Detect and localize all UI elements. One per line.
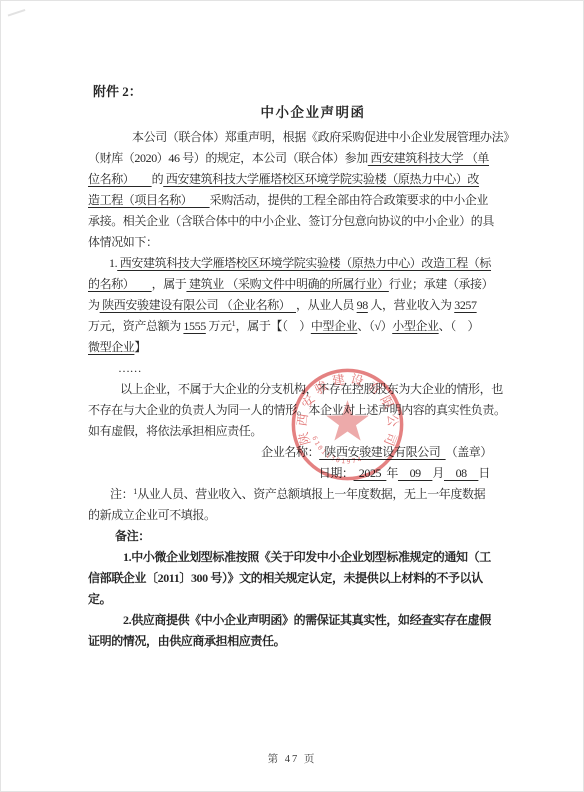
filled-in-value: 西安建筑科技大学雁塔校区环境学院实验楼（原热力中心）改造工程（标: [117, 256, 491, 270]
text-line: 证明的情况，由供应商承担相应责任。: [88, 631, 500, 652]
text-line: 的新成立企业可不填报。: [88, 505, 500, 526]
static-text: ……: [118, 361, 141, 375]
static-text: 2.供应商提供《中小企业声明函》的需保证其真实性，如经查实存在虚假: [123, 613, 491, 627]
text-line: 的名称） ，属于 建筑业 （采购文件中明确的所属行业）行业；承建（承接）: [88, 274, 500, 295]
filled-in-value: 造工程（项目名称）: [88, 193, 210, 207]
static-text: 从业人员、营业收入、资产总额填报上一年度数据，无上一年度数据: [137, 487, 485, 501]
static-text: ，属于【（ ）: [236, 319, 311, 333]
static-text: 月: [432, 466, 444, 480]
document-page: 附件 2： 中小企业声明函 本公司（联合体）郑重声明，根据《政府采购促进中小企业…: [0, 0, 584, 792]
filled-in-value: 小型企业: [392, 319, 438, 333]
seal-serial-text: 61011301974: [310, 435, 364, 465]
static-text: 如有虚假，将依法承担相应责任。: [88, 424, 262, 438]
static-text: 、（√）: [357, 319, 392, 333]
static-text: 1.: [109, 256, 117, 270]
static-text: 备注：: [115, 529, 150, 543]
static-text: （盖章）: [446, 445, 492, 459]
star-icon: [326, 400, 369, 441]
text-line: 为 陕西安骏建设有限公司 （企业名称） ，从业人员 98 人，营业收入为 325…: [88, 295, 500, 316]
page-title: 中小企业声明函: [88, 101, 520, 121]
text-line: （财库（2020）46 号）的规定，本公司（联合体）参加 西安建筑科技大学 （单: [88, 148, 500, 169]
filled-in-value: 位名称）: [88, 172, 152, 186]
text-line: 定。: [88, 589, 500, 610]
text-line: 注：1从业人员、营业收入、资产总额填报上一年度数据，无上一年度数据: [88, 484, 500, 505]
static-text: 】: [134, 340, 146, 354]
static-text: ，从业人员: [296, 298, 357, 312]
filled-in-value: 西安建筑科技大学 （单: [368, 151, 489, 165]
filled-in-value: 98: [357, 298, 368, 312]
filled-in-value: 微型企业: [88, 340, 134, 354]
filled-in-value: 中型企业: [311, 319, 357, 333]
static-text: 行业；承建（承接）: [389, 277, 493, 291]
text-line: 信部联企业〔2011〕300 号）》文的相关规定认定，未提供以上材料的不予以认: [88, 568, 500, 589]
text-line: 1.中小微企业划型标准按照《关于印发中小企业划型标准规定的通知（工: [88, 547, 500, 568]
filled-in-value: 建筑业 （采购文件中明确的所属行业）: [186, 277, 388, 291]
text-line: 本公司（联合体）郑重声明，根据《政府采购促进中小企业发展管理办法》: [88, 127, 500, 148]
static-text: 体情况如下：: [88, 235, 158, 249]
text-line: 承接。相关企业（含联合体中的中小企业、签订分包意向协议的中小企业）的具: [88, 211, 500, 232]
static-text: 万元，资产总额为: [88, 319, 183, 333]
static-text: 证明的情况，由供应商承担相应责任。: [88, 634, 285, 648]
static-text: 1.中小微企业划型标准按照《关于印发中小企业划型标准规定的通知（工: [123, 550, 491, 564]
static-text: 的新成立企业可不填报。: [88, 508, 216, 522]
filled-in-value: 西安建筑科技大学雁塔校区环境学院实验楼（原热力中心）改: [163, 172, 479, 186]
filled-in-value: 1555: [183, 319, 205, 333]
text-line: 位名称） 的 西安建筑科技大学雁塔校区环境学院实验楼（原热力中心）改: [88, 169, 500, 190]
static-text: ，属于: [152, 277, 187, 291]
static-text: 采购活动，提供的工程全部由符合政策要求的中小企业: [210, 193, 488, 207]
static-text: 注：: [110, 487, 133, 501]
filled-in-value: 的名称）: [88, 277, 152, 291]
text-line: 万元，资产总额为 1555 万元1，属于【（ ）中型企业、（√）小型企业、（ ）: [88, 316, 500, 337]
filled-in-value: 陕西安骏建设有限公司 （企业名称）: [100, 298, 296, 312]
static-text: 的: [152, 172, 164, 186]
text-line: 微型企业】: [88, 337, 500, 358]
text-line: 2.供应商提供《中小企业声明函》的需保证其真实性，如经查实存在虚假: [88, 610, 500, 631]
company-seal: 陕西安骏建设有限公司 61011301974: [289, 366, 406, 483]
static-text: 本公司（联合体）郑重声明，根据《政府采购促进中小企业发展管理办法》: [132, 130, 515, 144]
text-line: 体情况如下：: [88, 232, 500, 253]
static-text: 人，营业收入为: [368, 298, 454, 312]
text-line: 1. 西安建筑科技大学雁塔校区环境学院实验楼（原热力中心）改造工程（标: [88, 253, 500, 274]
page-number: 第 47 页: [0, 751, 584, 766]
static-text: 承接。相关企业（含联合体中的中小企业、签订分包意向协议的中小企业）的具: [88, 214, 494, 228]
attachment-label: 附件 2：: [93, 81, 142, 100]
static-text: （财库（2020）46 号）的规定，本公司（联合体）参加: [88, 151, 368, 165]
filled-in-value: 3257: [454, 298, 476, 312]
static-text: 为: [88, 298, 100, 312]
static-text: 、（ ）: [439, 319, 479, 333]
static-text: 万元: [206, 319, 232, 333]
svg-text:61011301974: 61011301974: [310, 435, 364, 465]
static-text: 信部联企业〔2011〕300 号）》文的相关规定认定，未提供以上材料的不予以认: [88, 571, 483, 585]
scan-artifact: [5, 0, 26, 16]
filled-in-value: 08: [444, 466, 478, 480]
static-text: 日: [478, 466, 490, 480]
static-text: 定。: [88, 592, 111, 606]
text-line: 造工程（项目名称） 采购活动，提供的工程全部由符合政策要求的中小企业: [88, 190, 500, 211]
text-line: 备注：: [88, 526, 500, 547]
